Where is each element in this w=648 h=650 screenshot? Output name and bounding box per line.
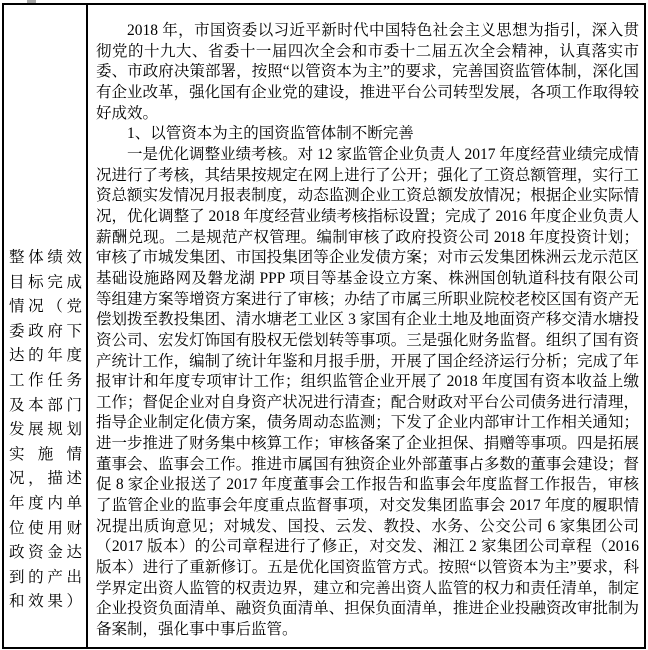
row-content-cell: 2018 年，市国资委以习近平新时代中国特色社会主义思想为指引，深入贯彻党的十九… bbox=[88, 5, 644, 647]
row-header-cell: 整体绩效目标完成情况（党委政府下达的年度工作任务及本部门发展规划实施情况，描述年… bbox=[4, 5, 88, 647]
section-heading: 1、以管资本为主的国资监管体制不断完善 bbox=[96, 124, 639, 145]
row-header-label: 整体绩效目标完成情况（党委政府下达的年度工作任务及本部门发展规划实施情况，描述年… bbox=[9, 246, 82, 615]
detail-paragraph: 一是优化调整业绩考核。对 12 家监管企业负责人 2017 年度经营业绩完成情况… bbox=[96, 145, 639, 641]
document-page: 整体绩效目标完成情况（党委政府下达的年度工作任务及本部门发展规划实施情况，描述年… bbox=[0, 0, 648, 650]
performance-report-table: 整体绩效目标完成情况（党委政府下达的年度工作任务及本部门发展规划实施情况，描述年… bbox=[2, 3, 646, 649]
overview-paragraph: 2018 年，市国资委以习近平新时代中国特色社会主义思想为指引，深入贯彻党的十九… bbox=[96, 21, 639, 124]
